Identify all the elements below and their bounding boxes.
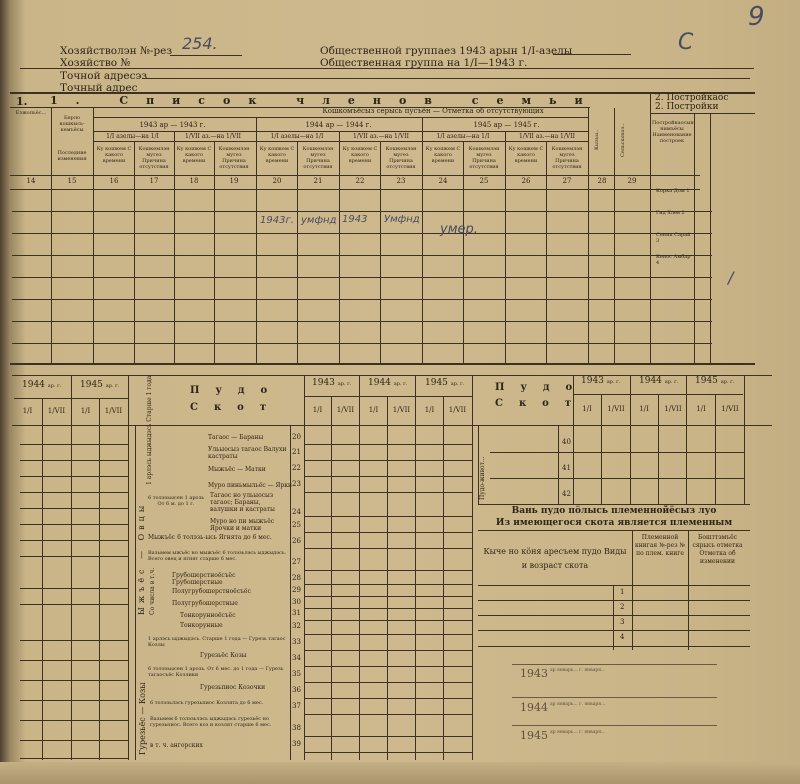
- sub-where-26: Ку кошкем С какого времени: [507, 146, 545, 164]
- left-1944-c2: 1/VII: [43, 407, 70, 415]
- buildings-title-ru: 2. Постройки: [655, 101, 719, 113]
- row-42-num: 42: [562, 490, 571, 498]
- y1944-jul: 1/VII аз.—на 1/VII: [340, 133, 422, 140]
- grid-hline: [20, 604, 128, 605]
- farm-no-underline: [170, 55, 242, 56]
- grid-hline: [305, 596, 472, 597]
- grid-vline: [463, 141, 464, 363]
- row-25-num: 25: [292, 521, 301, 529]
- group-goats-label: Гурезьёс — Козы: [138, 682, 147, 755]
- section1-bottom-border: [10, 363, 755, 365]
- col-num-29: 29: [616, 177, 648, 185]
- grid-hline: [20, 476, 128, 477]
- footnote-line-1943: [512, 664, 717, 665]
- grid-hline: [304, 396, 472, 397]
- grid-vline: [359, 376, 360, 760]
- breeding-row-2: 2: [620, 603, 624, 611]
- col-num-14: 14: [12, 177, 50, 185]
- grid-hline: [12, 211, 712, 212]
- grid-vline: [214, 141, 215, 363]
- right-1943-c1: 1/I: [573, 405, 601, 413]
- grid-vline: [686, 376, 687, 505]
- absent-header: Кошкомъёсыз серысь пусъён — Отметка об о…: [278, 108, 588, 115]
- grid-hline: [20, 740, 128, 741]
- footnote-year-1944: 1944: [520, 701, 548, 714]
- col-num-23: 23: [381, 177, 421, 185]
- grid-hline: [305, 548, 472, 549]
- grid-vline: [632, 530, 633, 650]
- year-1945-header: 1945 ар — 1945 г.: [424, 122, 589, 129]
- grid-hline: [305, 444, 472, 445]
- grid-vline: [505, 131, 506, 363]
- grid-vline: [135, 425, 136, 760]
- mid-1943-c2: 1/VII: [332, 406, 359, 414]
- row-34-num: 34: [292, 654, 301, 662]
- col-num-16: 16: [95, 177, 133, 185]
- grid-vline: [380, 141, 381, 363]
- grid-vline: [174, 131, 175, 363]
- period-header-underline: [93, 141, 588, 142]
- col14-header: Ёзжопьёс...: [12, 110, 50, 180]
- grid-hline: [12, 255, 712, 256]
- grid-hline: [305, 532, 472, 533]
- left-1944-c1: 1/I: [14, 407, 41, 415]
- mid-year-1944: 1944 ар. г.: [368, 378, 407, 388]
- breeding-title-komi: Вань пудо пöлысь племеннойёсыз луо: [478, 506, 750, 516]
- grid-hline: [12, 299, 712, 300]
- row-22-num: 22: [292, 464, 301, 472]
- row-38-num: 38: [292, 724, 301, 732]
- sheep-sub3-label: Со числа в т.ч.: [150, 568, 156, 615]
- breeding-col-change: Бошттэмъёс сярысь отметка Отметка об изм…: [690, 534, 745, 566]
- col29-header: Сельскохоз..: [620, 110, 634, 170]
- grid-vline: [558, 425, 559, 505]
- farm-no-label-komi: Хозяйстволэн №-рез: [60, 45, 172, 57]
- row-31-num: 31: [292, 609, 301, 617]
- buildings-mark: /: [728, 268, 733, 287]
- grid-hline: [12, 277, 712, 278]
- right-1945-c1: 1/I: [687, 405, 715, 413]
- grid-hline: [305, 584, 472, 585]
- grid-vline: [688, 530, 689, 650]
- row-30-num: 30: [292, 598, 301, 606]
- row-24-label: Тагаос но ульыосыз тагаос; Бараны, валуш…: [210, 492, 290, 513]
- y1945-jul: 1/VII аз.—на 1/VII: [505, 133, 589, 140]
- row-39-label: в т. ч. ангорских: [150, 742, 203, 749]
- col-num-18: 18: [175, 177, 213, 185]
- grid-hline: [20, 758, 128, 759]
- row-38-label: Вазьмем 6 толэзьлэсь ыджыдэсь гурезьёс н…: [150, 716, 288, 728]
- grid-hline: [20, 640, 128, 641]
- grid-hline: [20, 680, 128, 681]
- grid-hline: [20, 556, 128, 557]
- sheep-sub1-label: 1 арлэсь ыджыдэсь Старше 1 года: [147, 376, 153, 485]
- grid-hline: [305, 516, 472, 517]
- grid-hline: [20, 660, 128, 661]
- right-year-1943: 1943 ар. г.: [581, 376, 620, 386]
- address-underline: [142, 78, 750, 79]
- address-label-komi: Точной адресэз: [60, 70, 147, 82]
- grid-vline: [415, 376, 416, 760]
- sub-where-18: Ку кошкем С какого времени: [175, 146, 213, 164]
- grid-hline: [305, 714, 472, 715]
- row-27-num: 27: [292, 558, 301, 566]
- buildings-title-underline: [650, 113, 755, 114]
- grid-hline: [478, 630, 750, 631]
- grid-hline: [305, 698, 472, 699]
- col28-header: Кызьы..: [594, 110, 608, 170]
- row-24-num: 24: [292, 508, 301, 516]
- grid-hline: [478, 646, 750, 647]
- footnote-text-1943: ар январь... г. января...: [550, 668, 605, 674]
- right-1944-c2: 1/VII: [659, 405, 687, 413]
- handwritten-col22: 1943: [342, 214, 367, 225]
- grid-vline: [573, 376, 574, 505]
- grid-hline: [12, 233, 712, 234]
- grid-hline: [305, 620, 472, 621]
- footnote-year-1943: 1943: [520, 667, 548, 680]
- grid-hline: [20, 720, 128, 721]
- document-page: Хозяйстволэн №-рез Хозяйство № 254. Точн…: [0, 0, 800, 784]
- row-23-label: Мурo пиньмыльёс — Ярки: [208, 482, 292, 489]
- building-1: Корка Дом 1: [656, 188, 692, 194]
- sub-where-22: Ку кошкем С какого времени: [341, 146, 379, 164]
- col-num-25: 25: [464, 177, 504, 185]
- row-33-num: 33: [292, 638, 301, 646]
- row-21-num: 21: [292, 448, 301, 456]
- sub-where-24: Ку кошкем С какого времени: [424, 146, 462, 164]
- left-year-1944: 1944 ар. г.: [22, 380, 61, 390]
- group-underline: [553, 54, 631, 55]
- grid-vline: [297, 141, 298, 363]
- row-34-label: Гурезьёс Козы: [200, 652, 247, 659]
- grid-hline: [12, 321, 712, 322]
- grid-hline: [12, 343, 712, 344]
- footnote-year-1945: 1945: [520, 729, 548, 742]
- grid-vline: [658, 394, 659, 505]
- building-3: Сеник Сарай 3: [656, 232, 692, 244]
- grid-vline: [339, 131, 340, 363]
- grid-vline: [256, 117, 257, 363]
- grid-vline: [443, 396, 444, 760]
- row-39-num: 39: [292, 740, 301, 748]
- row-28-num: 28: [292, 574, 301, 582]
- row-36-num: 36: [292, 686, 301, 694]
- grid-hline: [305, 634, 472, 635]
- row-29-num: 29: [292, 586, 301, 594]
- row-33-label: 1 арлэсь ыджыдэсь. Старше 1 года — Гурез…: [148, 636, 288, 648]
- row-25-label: Мурo но пи мыжъёс Ярочки и матки: [210, 518, 290, 532]
- grid-vline: [694, 113, 695, 363]
- group-label-komi: Общественной группаез 1943 арын 1/I-азел…: [320, 45, 572, 57]
- row-29-label: Полугрубошерстноёсъёс: [172, 588, 251, 595]
- grid-vline: [128, 376, 129, 760]
- page-number: 9: [748, 2, 765, 32]
- footnote-text-1944: ар январь... г. января...: [550, 702, 605, 708]
- right-year-1944: 1944 ар. г.: [639, 376, 678, 386]
- right-1944-c1: 1/I: [630, 405, 658, 413]
- row-21-label: Ульыосыз тагаос Валухи кастраты: [208, 446, 288, 460]
- livestock-title-komi: Пудо: [190, 385, 283, 396]
- row-35-label: 6 толэзьысен 1 арозь. От 6 мес. до 1 год…: [148, 666, 288, 678]
- row-27-label: Вазьмем ыжъёс но мыжъёс 6 толэзьлэсь ыдж…: [148, 550, 288, 562]
- grid-vline: [630, 376, 631, 505]
- grid-hline: [20, 700, 128, 701]
- grid-hline: [20, 444, 128, 445]
- footnote-line-1945: [512, 725, 717, 726]
- y1943-jan: 1/I азелы—на 1/I: [95, 133, 170, 140]
- grid-vline: [387, 396, 388, 760]
- row-32-num: 32: [292, 622, 301, 630]
- grid-vline: [93, 108, 94, 363]
- col-num-26: 26: [507, 177, 545, 185]
- grid-vline: [134, 141, 135, 363]
- right-year-1945: 1945 ар. г.: [695, 376, 734, 386]
- col15-header-bottom: Последние изменения: [52, 150, 92, 162]
- buildings-col-head: Постройкаосын нимъёсы Наименование постр…: [652, 120, 692, 144]
- mid-1944-c1: 1/I: [360, 406, 387, 414]
- farm-no-value: 254.: [182, 34, 218, 53]
- row-35-num: 35: [292, 670, 301, 678]
- footnote-text-1945: ар январь... г. января...: [550, 730, 605, 736]
- grid-hline: [305, 476, 472, 477]
- mid-1943-c1: 1/I: [304, 406, 331, 414]
- handwritten-col24: умер.: [440, 222, 478, 237]
- building-4: Кенос Амбар 4: [656, 254, 692, 266]
- col-num-27: 27: [547, 177, 587, 185]
- mid-year-1945: 1945 ар. г.: [425, 378, 464, 388]
- row-40-num: 40: [562, 438, 571, 446]
- grid-hline: [478, 600, 750, 601]
- y1943-jul: 1/VII аз.—на 1/VII: [174, 133, 252, 140]
- col-num-15: 15: [52, 177, 92, 185]
- col-num-28: 28: [590, 177, 614, 185]
- section1-title: 1. Список членов семьи: [50, 94, 601, 107]
- grid-hline: [305, 650, 472, 651]
- grid-hline: [305, 608, 472, 609]
- grid-vline: [650, 92, 651, 363]
- handwritten-col20: 1943г.: [260, 215, 294, 226]
- sub-where-16: Ку кошкем С какого времени: [95, 146, 133, 164]
- breeding-title-ru: Из имеющегося скота является племенным: [478, 518, 750, 528]
- row-36-label: Гурезьпиос Козочки: [200, 684, 265, 691]
- breeding-row-1: 1: [620, 588, 624, 596]
- sub-reason-25: Кошкемлэн мугез Причина отсутствия: [464, 146, 504, 170]
- sub-reason-17: Кошкемлэн мугез Причина отсутствия: [135, 146, 173, 170]
- col-num-17: 17: [135, 177, 173, 185]
- y1945-jan: 1/I азелы—на 1/I: [424, 133, 502, 140]
- livestock-title-ru: Скот: [190, 402, 282, 413]
- grid-vline: [588, 108, 589, 363]
- footnote-line-1944: [512, 697, 717, 698]
- grid-vline: [304, 376, 305, 760]
- right-1945-c2: 1/VII: [716, 405, 744, 413]
- absent-header-underline: [93, 117, 588, 118]
- grid-hline: [478, 530, 750, 531]
- col-number-top-line: [10, 175, 700, 176]
- building-2: Гид Хлев 2: [656, 210, 692, 216]
- header-divider: [20, 68, 754, 69]
- col-num-22: 22: [341, 177, 379, 185]
- mid-year-1943: 1943 ар. г.: [312, 378, 351, 388]
- sub-reason-23: Кошкемлэн мугез Причина отсутствия: [381, 146, 421, 170]
- row-30-label: Полугрубошерстные: [172, 600, 238, 607]
- year-1944-header: 1944 ар — 1944 г.: [256, 122, 421, 129]
- grid-vline: [71, 376, 72, 760]
- col-num-19: 19: [215, 177, 253, 185]
- grid-hline: [490, 452, 744, 453]
- grid-hline: [478, 615, 750, 616]
- left-1945-c1: 1/I: [72, 407, 99, 415]
- page-bottom-edge: [0, 762, 800, 784]
- year-header-underline: [93, 131, 588, 132]
- grid-hline: [490, 478, 744, 479]
- grid-vline: [601, 394, 602, 505]
- grid-hline: [305, 752, 472, 753]
- left-year-1945: 1945 ар. г.: [80, 380, 119, 390]
- breeding-col-book: Племенной книгая №-рез № по плем. книге: [634, 534, 686, 558]
- handwritten-col21: умфнд: [301, 215, 336, 226]
- row-32-label: Тонкорунные: [180, 622, 223, 629]
- col-num-20: 20: [258, 177, 296, 185]
- row-28-label: Грубошерстноёсъёс Грубошерстные: [172, 572, 287, 586]
- right-1943-c2: 1/VII: [602, 405, 630, 413]
- handwritten-col23: Умфнд: [384, 214, 420, 225]
- sub-reason-27: Кошкемлэн мугез Причина отсутствия: [547, 146, 587, 170]
- row-20-label: Тагаос — Бараны: [208, 434, 263, 441]
- group-sheep-label: Ыжъёс — Овцы: [137, 502, 146, 615]
- grid-vline: [290, 425, 291, 760]
- row-20-num: 20: [292, 433, 301, 441]
- breeding-row-3: 3: [620, 618, 624, 626]
- row-23-num: 23: [292, 480, 301, 488]
- col-num-24: 24: [424, 177, 462, 185]
- grid-vline: [715, 394, 716, 505]
- grid-hline: [305, 492, 472, 493]
- sheep-sub2-label: 6 толэзьысен 1 арозь От 6 м. до 1 г.: [147, 495, 205, 507]
- breeding-row-4: 4: [620, 633, 624, 641]
- col15-header-top: Берлo кошкысь-кемъёсы: [52, 115, 92, 133]
- grid-vline: [99, 398, 100, 760]
- year-1943-header: 1943 ар — 1943 г.: [95, 122, 250, 129]
- grid-vline: [422, 117, 423, 363]
- left-1945-c2: 1/VII: [100, 407, 127, 415]
- grid-vline: [613, 585, 614, 650]
- row-37-num: 37: [292, 702, 301, 710]
- row-31-label: Тонкорунноёсъёс: [180, 612, 236, 619]
- grid-hline: [20, 524, 128, 525]
- livestock-title-komi-right: Пудо: [495, 382, 588, 393]
- grid-hline: [478, 585, 750, 586]
- grid-hline: [478, 504, 750, 505]
- grid-vline: [472, 376, 473, 760]
- col-number-bottom-line: [10, 189, 700, 190]
- breeding-col-kind: Кыче но кöня аресъем пудо Виды и возраст…: [480, 545, 630, 573]
- grid-hline: [20, 508, 128, 509]
- row-37-label: 6 толэзьлэсь гурезьпиос Козлята до 6 мес…: [150, 700, 288, 706]
- grid-hline: [20, 540, 128, 541]
- grid-hline: [20, 588, 128, 589]
- mid-1944-c2: 1/VII: [388, 406, 415, 414]
- grid-vline: [744, 376, 745, 505]
- margin-mark: С: [678, 30, 693, 55]
- grid-hline: [305, 570, 472, 571]
- mid-1945-c1: 1/I: [416, 406, 443, 414]
- sub-reason-21: Кошкемлэн мугез Причина отсутствия: [298, 146, 338, 170]
- row-26-label: Мыжъёс 6 толэзь-ысь Ягнята до 6 мес.: [148, 534, 288, 541]
- sub-reason-19: Кошкемлэн мугез Причина отсутствия: [215, 146, 253, 170]
- sub-where-20: Ку кошкем С какого времени: [258, 146, 296, 164]
- grid-hline: [20, 460, 128, 461]
- right-rotated-label: Пудо-живот...: [480, 456, 486, 500]
- grid-hline: [305, 666, 472, 667]
- row-26-num: 26: [292, 537, 301, 545]
- col-num-21: 21: [298, 177, 338, 185]
- grid-vline: [710, 113, 711, 363]
- row-22-label: Мыжъёс — Матки: [208, 466, 266, 473]
- grid-hline: [305, 682, 472, 683]
- grid-vline: [331, 396, 332, 760]
- y1944-jan: 1/I азелы—на 1/I: [256, 133, 338, 140]
- grid-hline: [305, 460, 472, 461]
- grid-vline: [42, 398, 43, 760]
- grid-hline: [20, 492, 128, 493]
- grid-vline: [546, 141, 547, 363]
- grid-hline: [305, 736, 472, 737]
- grid-vline: [51, 108, 52, 363]
- grid-vline: [614, 108, 615, 363]
- row-41-num: 41: [562, 464, 571, 472]
- mid-1945-c2: 1/VII: [444, 406, 471, 414]
